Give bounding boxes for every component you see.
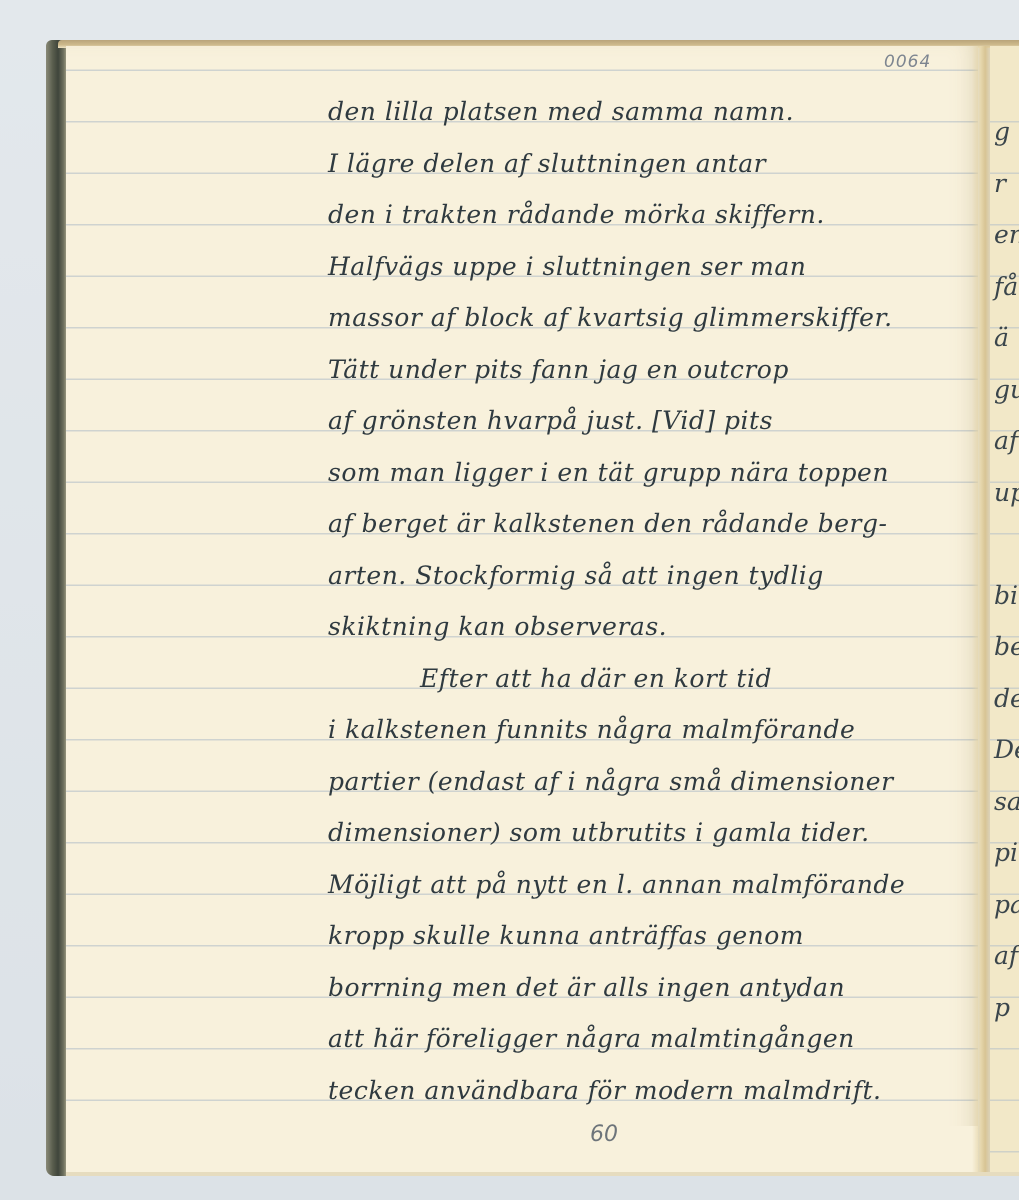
text-line: partier (endast af i några små dimension… [328, 756, 978, 808]
text-line: af grönsten hvarpå just. [Vid] pits [328, 406, 773, 435]
text-line: tecken användbara för modern malmdrift. [328, 1065, 978, 1117]
text-line: borrning men det är alls ingen antydan [328, 962, 978, 1014]
right-fragment: pi [994, 827, 1019, 879]
right-fragment: bi [994, 570, 1019, 622]
right-fragment: g [994, 106, 1019, 158]
text-line: skiktning kan observeras. [328, 601, 978, 653]
right-fragment: af [994, 415, 1019, 467]
text-line: att här föreligger några malmtingången [328, 1013, 978, 1065]
right-fragment: en [994, 209, 1019, 261]
right-fragment: få [994, 261, 1019, 313]
paragraph-start-line: Efter att ha där en kort tid [328, 653, 978, 705]
text-line: Halfvägs uppe i sluttningen ser man [328, 241, 978, 293]
text-line: den lilla platsen med samma namn. [328, 86, 978, 138]
text-line: den i trakten rådande mörka skiffern. [328, 189, 978, 241]
right-fragment: up [994, 467, 1019, 519]
right-fragment: r [994, 158, 1019, 210]
text-line: i kalkstenen funnits några malmförande [328, 704, 978, 756]
text-line: som man ligger i en tät grupp nära toppe… [328, 447, 978, 499]
text-line: dimensioner) som utbrutits i gamla tider… [328, 807, 978, 859]
text-line: massor af block af kvartsig glimmerskiff… [328, 292, 978, 344]
right-notebook-page-fragment: g r en få ä gu af up bi be de De sa pi p… [990, 46, 1019, 1172]
handwritten-text-block: den lilla platsen med samma namn. I lägr… [328, 86, 978, 1116]
right-fragment: pa [994, 879, 1019, 931]
text-line: I lägre delen af sluttningen antar [328, 138, 978, 190]
right-fragment: gu [994, 364, 1019, 416]
page-stack-edge [46, 40, 68, 1176]
text-line: af berget är kalkstenen den rådande berg… [328, 498, 978, 550]
right-fragment: af [994, 930, 1019, 982]
text-line: Möjligt att på nytt en l. annan malmföra… [328, 859, 978, 911]
text-line: arten. Stockformig så att ingen tydlig [328, 550, 978, 602]
page-bottom-edge [66, 1172, 1019, 1176]
text-line: kropp skulle kunna anträffas genom [328, 910, 978, 962]
right-page-text: g r en få ä gu af up bi be de De sa pi p… [994, 106, 1019, 1033]
archive-number: 0064 [884, 52, 931, 72]
right-fragment: be [994, 621, 1019, 673]
text-line-with-correction: af grönsten hvarpå just. [Vid] pits [328, 395, 978, 447]
right-fragment: De [994, 724, 1019, 776]
right-fragment: ä [994, 312, 1019, 364]
page-number: 60 [590, 1122, 618, 1147]
text-line: Tätt under pits fann jag en outcrop [328, 344, 978, 396]
right-fragment [994, 518, 1019, 570]
right-fragment: sa [994, 776, 1019, 828]
right-fragment: de [994, 673, 1019, 725]
right-fragment: p [994, 982, 1019, 1034]
